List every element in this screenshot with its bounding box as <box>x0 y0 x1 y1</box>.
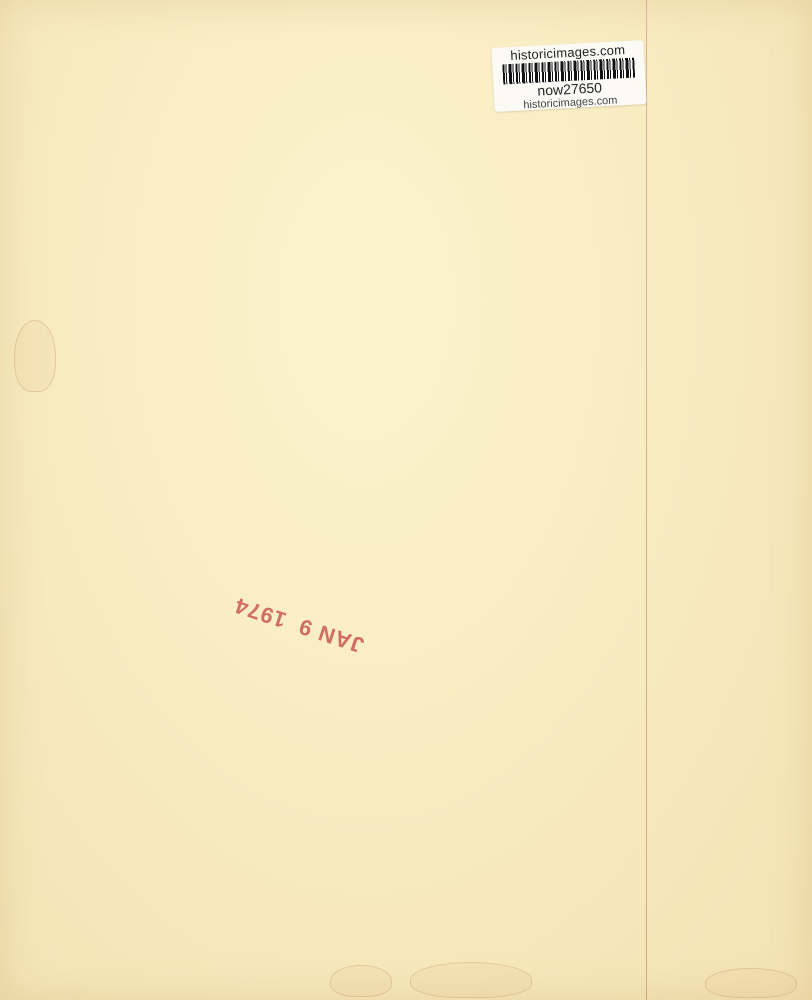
date-stamp: JAN 9 1974 <box>231 592 367 658</box>
water-stain <box>705 968 797 998</box>
archive-label: historicimages.com now27650 historicimag… <box>491 40 646 112</box>
photo-back-paper: historicimages.com now27650 historicimag… <box>0 0 812 1000</box>
water-stain <box>330 965 392 997</box>
paper-edge-line <box>646 0 647 1000</box>
water-stain <box>410 962 532 998</box>
water-stain <box>14 320 56 392</box>
